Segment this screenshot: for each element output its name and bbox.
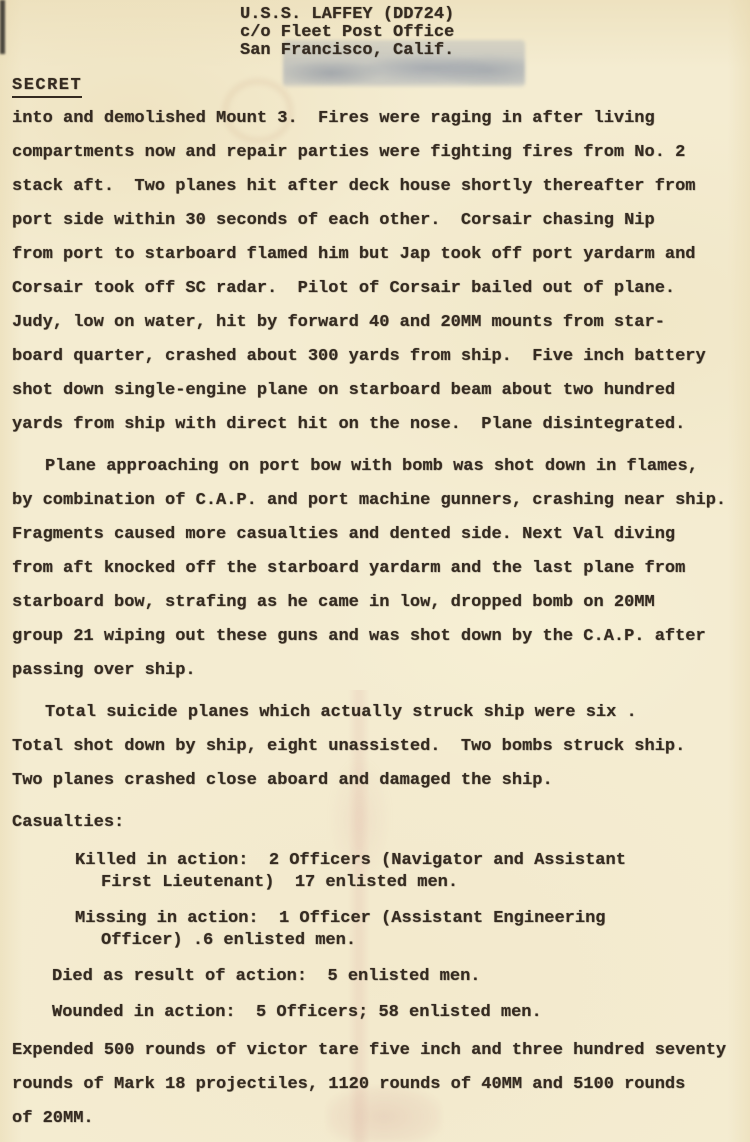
text-line: Expended 500 rounds of victor tare five … (12, 1034, 750, 1068)
text-line: Plane approaching on port bow with bomb … (12, 450, 750, 484)
text-line: port side within 30 seconds of each othe… (12, 204, 750, 238)
document-body: into and demolished Mount 3. Fires were … (0, 102, 750, 1136)
document-page: U.S.S. LAFFEY (DD724) c/o Fleet Post Off… (0, 0, 750, 1142)
casualties-heading: Casualties: (12, 806, 750, 840)
text-line: stack aft. Two planes hit after deck hou… (12, 170, 750, 204)
text-line: Missing in action: 1 Officer (Assistant … (75, 908, 750, 930)
text-line: passing over ship. (12, 654, 750, 688)
text-line: Died as result of action: 5 enlisted men… (52, 966, 750, 988)
text-line: Officer) .6 enlisted men. (101, 930, 750, 952)
text-line: First Lieutenant) 17 enlisted men. (101, 872, 750, 894)
casualty-entry: Wounded in action: 5 Officers; 58 enlist… (52, 1002, 750, 1024)
text-line: Judy, low on water, hit by forward 40 an… (12, 306, 750, 340)
text-line: starboard bow, strafing as he came in lo… (12, 586, 750, 620)
letterhead-line-3: San Francisco, Calif. (240, 42, 454, 60)
paragraph: Total suicide planes which actually stru… (12, 696, 750, 798)
page-edge-shadow (0, 0, 5, 54)
text-line: of 20MM. (12, 1102, 750, 1136)
text-line: Total shot down by ship, eight unassiste… (12, 730, 750, 764)
text-line: Corsair took off SC radar. Pilot of Cors… (12, 272, 750, 306)
text-line: by combination of C.A.P. and port machin… (12, 484, 750, 518)
text-line: from aft knocked off the starboard yarda… (12, 552, 750, 586)
paragraph: Plane approaching on port bow with bomb … (12, 450, 750, 688)
text-line: shot down single-engine plane on starboa… (12, 374, 750, 408)
casualty-entry: Killed in action: 2 Officers (Navigator … (75, 850, 750, 894)
letterhead: U.S.S. LAFFEY (DD724) c/o Fleet Post Off… (240, 6, 454, 60)
text-line: yards from ship with direct hit on the n… (12, 408, 750, 442)
text-line: Total suicide planes which actually stru… (12, 696, 750, 730)
text-line: group 21 wiping out these guns and was s… (12, 620, 750, 654)
text-line: board quarter, crashed about 300 yards f… (12, 340, 750, 374)
text-line: Killed in action: 2 Officers (Navigator … (75, 850, 750, 872)
text-line: Fragments caused more casualties and den… (12, 518, 750, 552)
ship-name: U.S.S. LAFFEY (DD724) (240, 6, 454, 24)
text-line: compartments now and repair parties were… (12, 136, 750, 170)
text-line: from port to starboard flamed him but Ja… (12, 238, 750, 272)
casualties-list: Killed in action: 2 Officers (Navigator … (12, 850, 750, 1024)
text-line: Wounded in action: 5 Officers; 58 enlist… (52, 1002, 750, 1024)
body-paragraphs: into and demolished Mount 3. Fires were … (12, 102, 750, 798)
text-line: Two planes crashed close aboard and dama… (12, 764, 750, 798)
letterhead-line-2: c/o Fleet Post Office (240, 24, 454, 42)
text-line: rounds of Mark 18 projectiles, 1120 roun… (12, 1068, 750, 1102)
text-line: into and demolished Mount 3. Fires were … (12, 102, 750, 136)
closing-paragraph: Expended 500 rounds of victor tare five … (12, 1034, 750, 1136)
casualty-entry: Missing in action: 1 Officer (Assistant … (75, 908, 750, 952)
casualty-entry: Died as result of action: 5 enlisted men… (52, 966, 750, 988)
classification-label: SECRET (12, 76, 82, 98)
paragraph: into and demolished Mount 3. Fires were … (12, 102, 750, 442)
